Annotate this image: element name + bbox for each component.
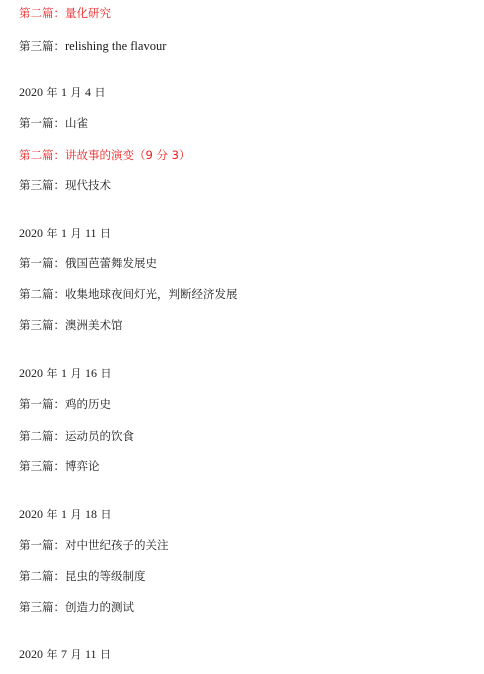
year-char: 年 [43,227,61,240]
month-char: 月 [67,508,85,521]
article-item: 第二篇：收集地球夜间灯光，判断经济发展 [19,286,238,302]
article-label: 第二篇： [19,569,65,583]
day-char: 日 [91,86,106,99]
date-heading: 2020 年 1 月 16 日 [19,365,112,382]
article-label: 第三篇： [19,459,65,473]
article-title: 对中世纪孩子的关注 [65,538,169,552]
article-label: 第一篇： [19,116,65,130]
article-title: 博弈论 [65,459,100,473]
article-item: 第一篇：对中世纪孩子的关注 [19,537,169,553]
year-value: 2020 [19,85,43,99]
article-title: relishing the flavour [65,39,166,53]
article-title: 鸡的历史 [65,397,111,411]
year-value: 2020 [19,647,43,661]
article-title: 俄国芭蕾舞发展史 [65,256,157,270]
article-title: 澳洲美术馆 [65,318,123,332]
article-label: 第三篇： [19,600,65,614]
article-title: 昆虫的等级制度 [65,569,146,583]
day-char: 日 [97,648,112,661]
article-item: 第一篇：俄国芭蕾舞发展史 [19,255,157,271]
article-item: 第二篇：量化研究 [19,5,111,21]
day-value: 18 [85,507,97,521]
month-char: 月 [67,648,85,661]
article-item: 第二篇：运动员的饮食 [19,428,134,444]
article-title: 创造力的测试 [65,600,134,614]
day-value: 11 [85,647,97,661]
year-char: 年 [43,648,61,661]
article-item: 第三篇：创造力的测试 [19,599,134,615]
day-char: 日 [97,367,112,380]
year-char: 年 [43,508,61,521]
article-item: 第一篇：鸡的历史 [19,396,111,412]
article-title: 量化研究 [65,6,111,20]
day-value: 11 [85,226,97,240]
article-label: 第三篇： [19,318,65,332]
day-char: 日 [97,227,112,240]
article-item: 第三篇：澳洲美术馆 [19,317,123,333]
article-label: 第二篇： [19,429,65,443]
article-item: 第二篇：昆虫的等级制度 [19,568,146,584]
month-char: 月 [67,227,85,240]
article-label: 第一篇： [19,256,65,270]
day-char: 日 [97,508,112,521]
article-label: 第三篇： [19,39,65,53]
article-item: 第三篇：现代技术 [19,177,111,193]
year-value: 2020 [19,226,43,240]
date-heading: 2020 年 1 月 4 日 [19,84,106,101]
year-value: 2020 [19,366,43,380]
article-label: 第一篇： [19,538,65,552]
date-heading: 2020 年 1 月 18 日 [19,506,112,523]
day-value: 16 [85,366,97,380]
article-title: 现代技术 [65,178,111,192]
article-item: 第三篇：博弈论 [19,458,100,474]
date-heading: 2020 年 1 月 11 日 [19,225,111,242]
article-title: 收集地球夜间灯光，判断经济发展 [65,287,238,301]
year-value: 2020 [19,507,43,521]
article-label: 第二篇： [19,287,65,301]
year-char: 年 [43,86,61,99]
article-label: 第二篇： [19,148,65,162]
article-title: 运动员的饮食 [65,429,134,443]
month-char: 月 [67,86,85,99]
article-label: 第二篇： [19,6,65,20]
article-title: 讲故事的演变（9 分 3） [65,148,190,162]
article-title: 山雀 [65,116,88,130]
article-label: 第三篇： [19,178,65,192]
month-char: 月 [67,367,85,380]
article-item: 第一篇：山雀 [19,115,88,131]
article-label: 第一篇： [19,397,65,411]
article-item: 第三篇：relishing the flavour [19,38,166,54]
date-heading: 2020 年 7 月 11 日 [19,646,111,663]
year-char: 年 [43,367,61,380]
article-item: 第二篇：讲故事的演变（9 分 3） [19,147,190,163]
